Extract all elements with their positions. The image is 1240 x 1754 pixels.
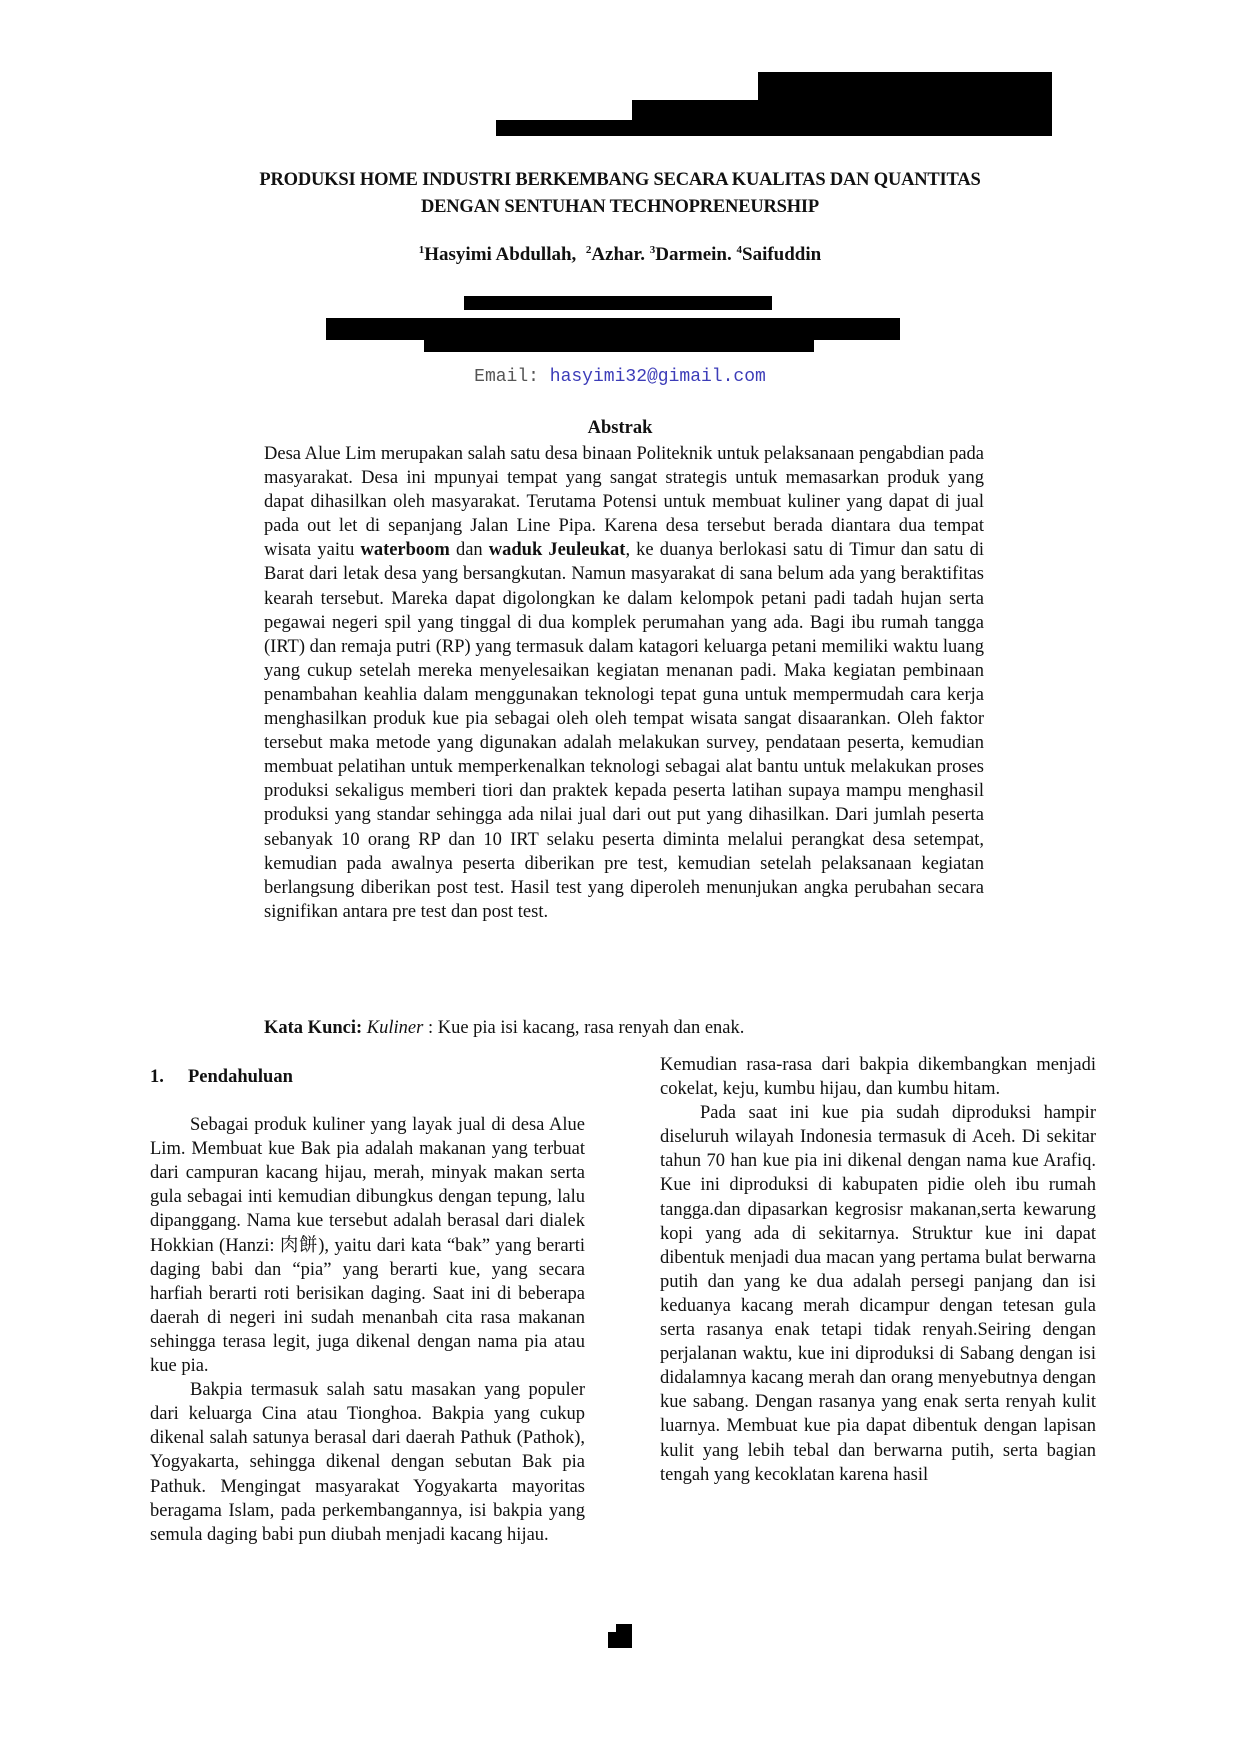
- keywords-text: : Kue pia isi kacang, rasa renyah dan en…: [423, 1018, 744, 1038]
- title-line-1: PRODUKSI HOME INDUSTRI BERKEMBANG SECARA…: [150, 167, 1090, 194]
- abstract-paragraph: Desa Alue Lim merupakan salah satu desa …: [264, 442, 984, 924]
- email-line: Email: hasyimi32@gimail.com: [0, 367, 1240, 387]
- author-list: 1Hasyimi Abdullah, 2Azhar. 3Darmein. 4Sa…: [0, 244, 1240, 266]
- abstract-body: Desa Alue Lim merupakan salah satu desa …: [264, 442, 984, 924]
- section-title: Pendahuluan: [188, 1067, 293, 1087]
- column-left: 1.Pendahuluan Sebagai produk kuliner yan…: [150, 1065, 585, 1547]
- column-right: Kemudian rasa-rasa dari bakpia dikembang…: [660, 1053, 1096, 1487]
- body-paragraph: Bakpia termasuk salah satu masakan yang …: [150, 1378, 585, 1547]
- author-4-name: Saifuddin: [742, 244, 821, 265]
- body-paragraph: Pada saat ini kue pia sudah diproduksi h…: [660, 1101, 1096, 1487]
- keywords-label: Kata Kunci:: [264, 1018, 362, 1038]
- author-1-name: Hasyimi Abdullah,: [424, 244, 576, 265]
- author-2-name: Azhar.: [591, 244, 645, 265]
- section-heading: 1.Pendahuluan: [150, 1065, 585, 1089]
- author-3-name: Darmein.: [655, 244, 732, 265]
- body-paragraph: Kemudian rasa-rasa dari bakpia dikembang…: [660, 1053, 1096, 1101]
- abstract-bold-waduk: waduk Jeuleukat: [489, 540, 626, 560]
- abstract-bold-waterboom: waterboom: [360, 540, 449, 560]
- email-link[interactable]: hasyimi32@gimail.com: [550, 367, 766, 387]
- abstract-heading: Abstrak: [0, 418, 1240, 439]
- section-number: 1.: [150, 1065, 188, 1089]
- keywords-category: Kuliner: [367, 1018, 424, 1038]
- email-label: Email:: [474, 367, 539, 387]
- keywords-line: Kata Kunci: Kuliner : Kue pia isi kacang…: [264, 1018, 984, 1039]
- paper-title: PRODUKSI HOME INDUSTRI BERKEMBANG SECARA…: [150, 167, 1090, 221]
- body-paragraph: Sebagai produk kuliner yang layak jual d…: [150, 1113, 585, 1378]
- title-line-2: DENGAN SENTUHAN TECHNOPRENEURSHIP: [150, 194, 1090, 221]
